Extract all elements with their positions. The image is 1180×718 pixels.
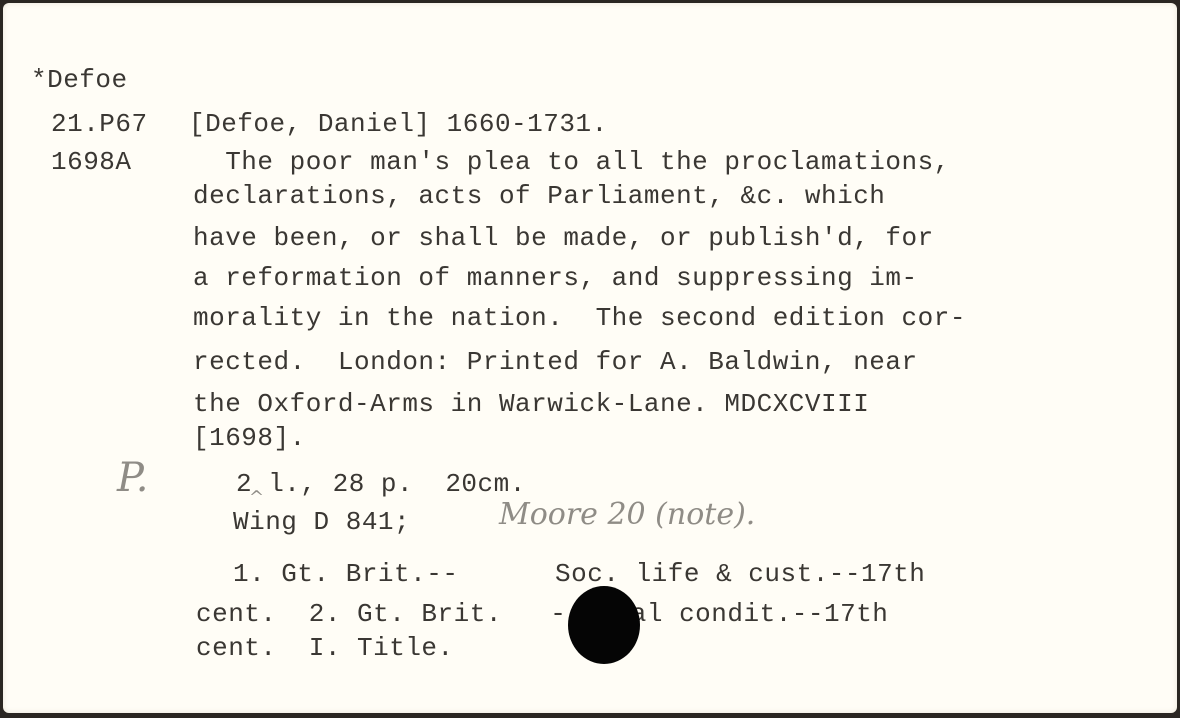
handwritten-caret: ^ bbox=[249, 487, 264, 508]
title-line: morality in the nation. The second editi… bbox=[193, 305, 966, 331]
title-line: rected. London: Printed for A. Baldwin, … bbox=[193, 349, 918, 375]
subject-line: 1. Gt. Brit.-- Soc. life & cust.--17th bbox=[233, 561, 925, 587]
reference-line: Wing D 841; bbox=[233, 509, 410, 535]
author-line: [Defoe, Daniel] 1660-1731. bbox=[189, 111, 608, 137]
subject-line: cent. 2. Gt. Brit. --Moral condit.--17th bbox=[196, 601, 888, 627]
call-number-line-2: 1698A bbox=[51, 149, 132, 175]
title-line: have been, or shall be made, or publish'… bbox=[193, 225, 934, 251]
handwritten-reference-note: Moore 20 (note). bbox=[499, 497, 755, 532]
subject-line: cent. I. Title. bbox=[196, 635, 454, 661]
catalog-card: *Defoe 21.P67 1698A [Defoe, Daniel] 1660… bbox=[3, 3, 1177, 713]
title-line: the Oxford-Arms in Warwick-Lane. MDCXCVI… bbox=[193, 391, 869, 417]
card-heading: *Defoe bbox=[31, 67, 128, 93]
title-line: The poor man's plea to all the proclamat… bbox=[193, 149, 950, 175]
handwritten-margin-mark: P. bbox=[117, 455, 149, 501]
title-line: [1698]. bbox=[193, 425, 306, 451]
punch-hole bbox=[568, 586, 640, 664]
call-number-line-1: 21.P67 bbox=[51, 111, 148, 137]
title-line: a reformation of manners, and suppressin… bbox=[193, 265, 918, 291]
title-line: declarations, acts of Parliament, &c. wh… bbox=[193, 183, 885, 209]
collation-line: 2 l., 28 p. 20cm. bbox=[236, 471, 526, 497]
